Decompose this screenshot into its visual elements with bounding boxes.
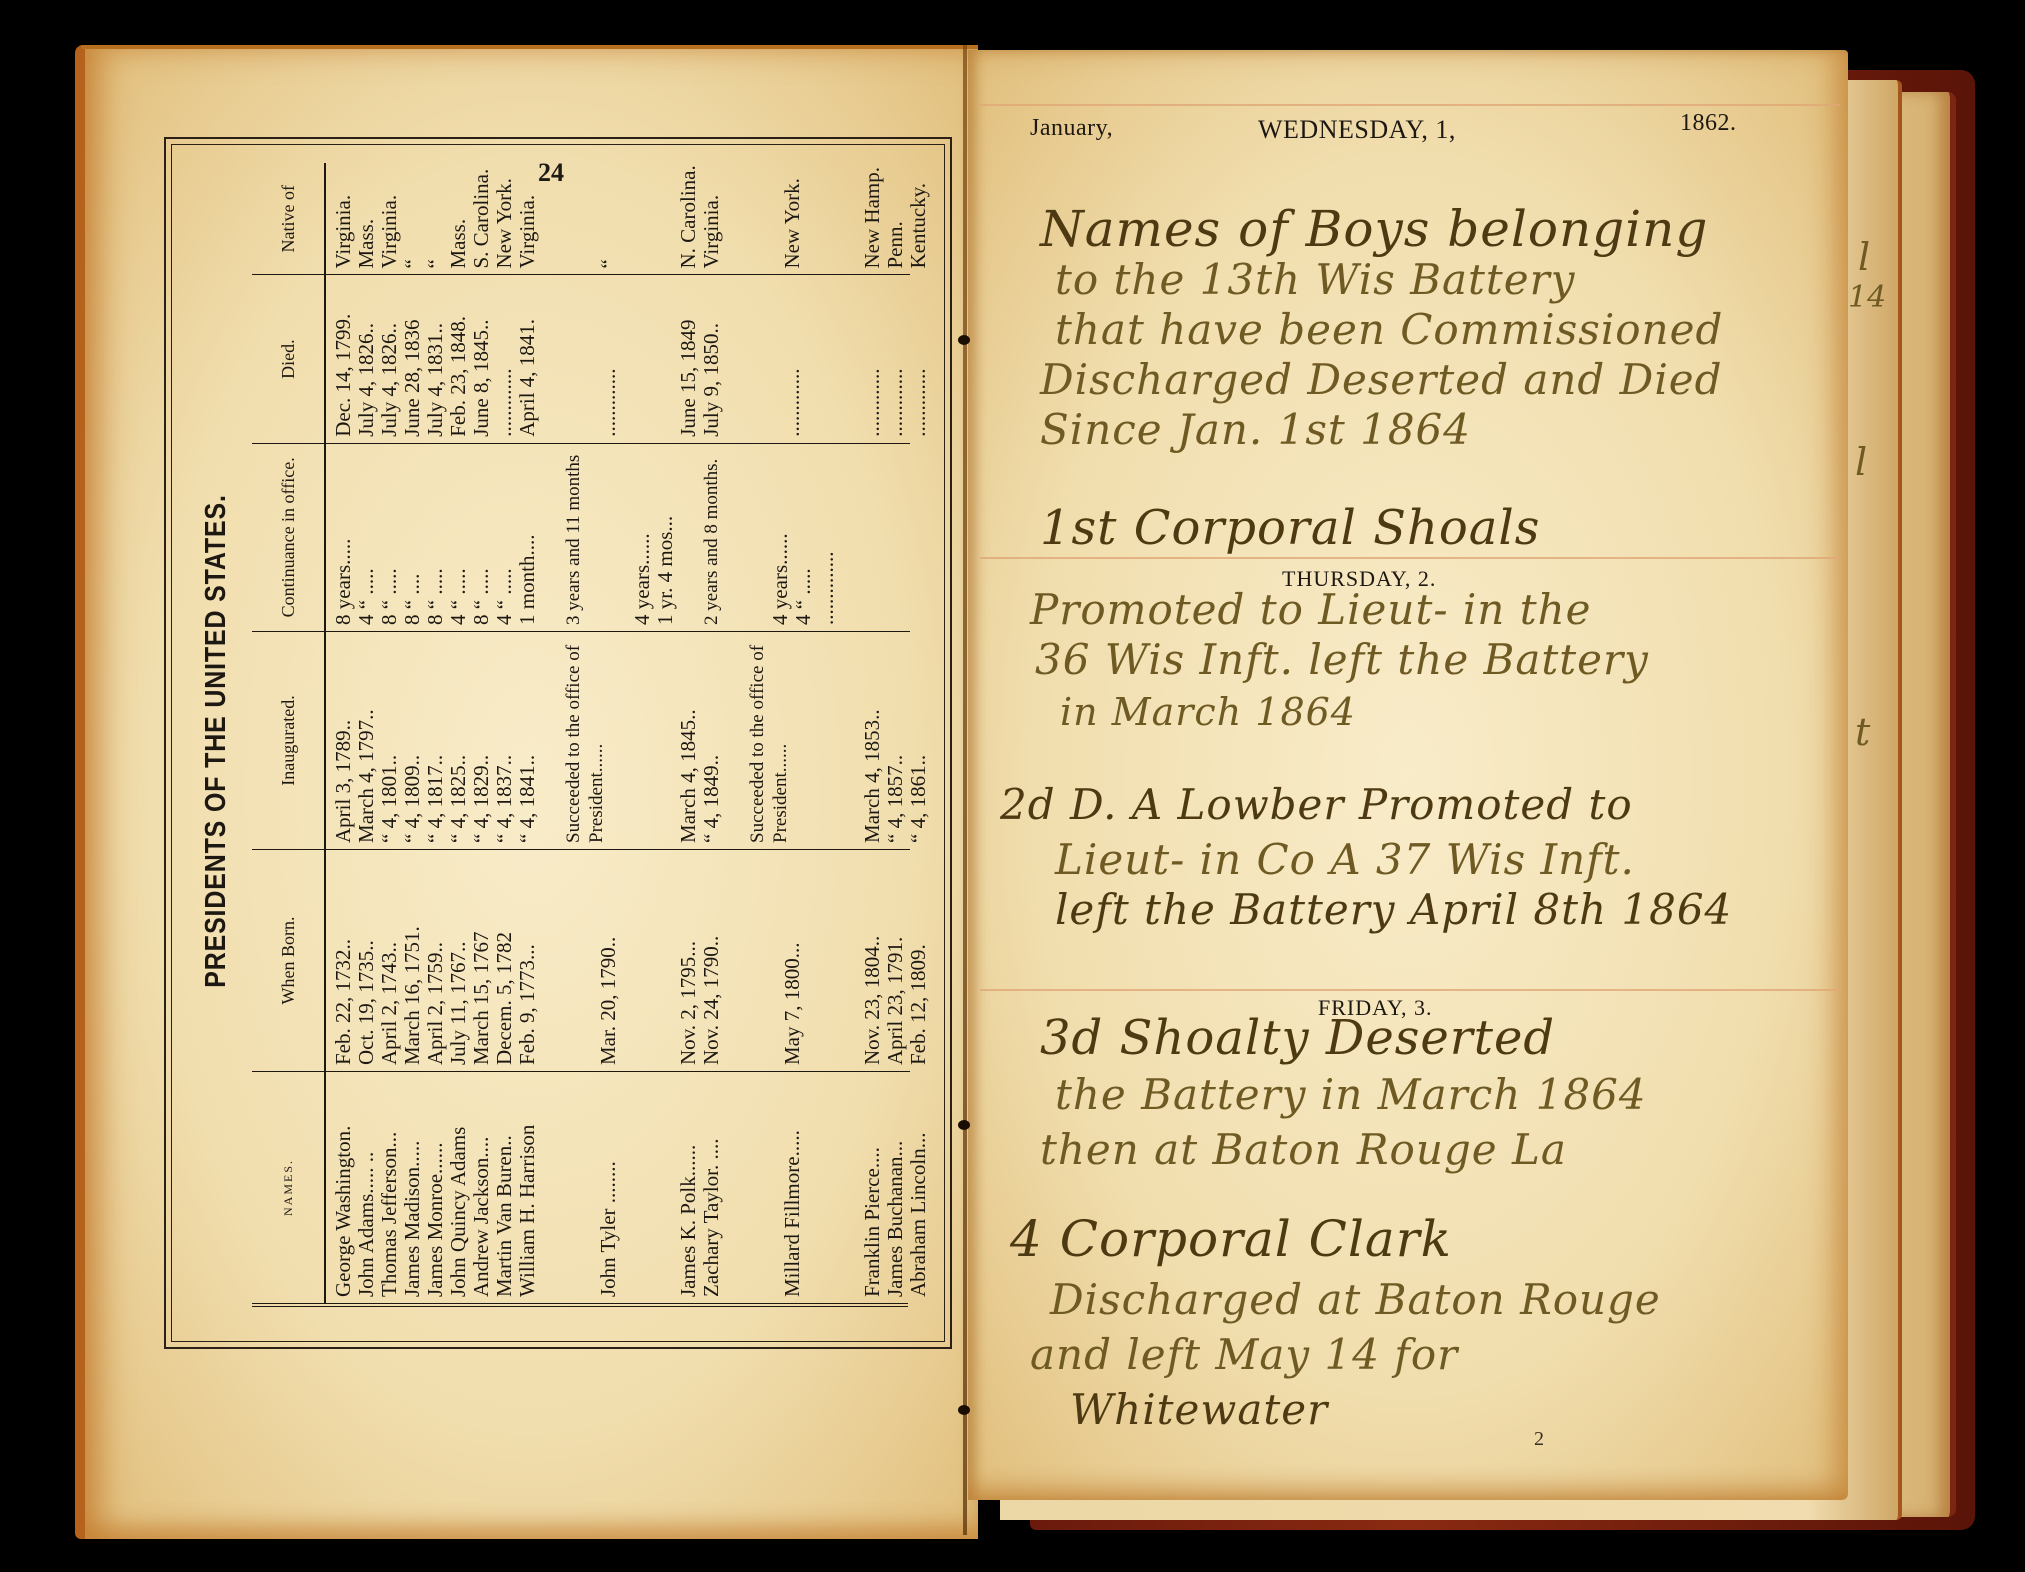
- handwritten-line: Lieut- in Co A 37 Wis Inft.: [1055, 835, 1635, 884]
- header-when-born: When Born.: [252, 849, 324, 1071]
- row-gap: [608, 444, 631, 631]
- handwritten-line: Discharged Deserted and Died: [1040, 355, 1723, 404]
- table-cell: Oct. 19, 1735..: [355, 850, 378, 1071]
- table-cell: John Adams..... ..: [355, 1072, 378, 1303]
- row-gap: [838, 632, 861, 849]
- table-cell: Feb. 22, 1732..: [332, 850, 355, 1071]
- header-native-of: Native of: [252, 163, 324, 275]
- header-year: 1862.: [1680, 110, 1737, 137]
- table-cell: New Hamp.: [861, 163, 884, 275]
- table-cell: William H. Harrison: [516, 1072, 539, 1303]
- top-rule: [980, 104, 1840, 106]
- table-cell: “ 4, 1817..: [424, 632, 447, 849]
- row-gap: [723, 276, 746, 443]
- table-cell: “ 4, 1841..: [516, 632, 539, 849]
- table-cell: Nov. 24, 1790..: [700, 850, 723, 1071]
- table-cell: “ 4, 1861..: [907, 632, 930, 849]
- row-gap: [654, 632, 677, 849]
- table-cell: 8 years.....: [332, 444, 355, 631]
- table-grid: NAMES. When Born. Inaugurated. Continuan…: [252, 163, 908, 1307]
- table-cell: Penn.: [884, 163, 907, 275]
- header-day: WEDNESDAY, 1,: [1258, 115, 1456, 145]
- table-cell: Succeeded to the office of President....…: [746, 632, 838, 849]
- table-cell: Feb. 9, 1773...: [516, 850, 539, 1071]
- handwritten-line: the Battery in March 1864: [1055, 1070, 1647, 1119]
- day-rule: [980, 557, 1840, 559]
- table-cell: 8 “ .....: [470, 444, 493, 631]
- table-cell: Virginia.: [378, 163, 401, 275]
- table-cell: Millard Fillmore.....: [746, 1072, 838, 1303]
- table-cell: 4 “ .....: [792, 444, 815, 631]
- table-cell: April 3, 1789..: [332, 632, 355, 849]
- table-cell: Kentucky.: [907, 163, 930, 275]
- table-cell: S. Carolina.: [470, 163, 493, 275]
- table-cell: New York.: [493, 163, 516, 275]
- day-rule: [980, 989, 1840, 991]
- table-cell: March 16, 1751.: [401, 850, 424, 1071]
- table-cell: 1 month....: [516, 444, 539, 631]
- row-gap: [539, 632, 562, 849]
- row-gap: [539, 276, 562, 443]
- table-cell: May 7, 1800...: [746, 850, 838, 1071]
- table-cell: April 23, 1791.: [884, 850, 907, 1071]
- table-cell: 4 “ .....: [355, 444, 378, 631]
- table-cell: “: [401, 163, 424, 275]
- table-cell: Dec. 14, 1799.: [332, 276, 355, 443]
- table-cell: “ 4, 1801..: [378, 632, 401, 849]
- row-gap: [723, 850, 746, 1071]
- row-gap: [838, 850, 861, 1071]
- table-cell: 8 “ .....: [378, 444, 401, 631]
- table-cell: March 4, 1797..: [355, 632, 378, 849]
- table-cell: .............: [884, 276, 907, 443]
- table-cell: “ 4, 1837..: [493, 632, 516, 849]
- handwritten-line: 3d Shoalty Deserted: [1040, 1010, 1555, 1066]
- row-gap: [677, 444, 700, 631]
- table-cell: James Monroe......: [424, 1072, 447, 1303]
- column-native-of: Virginia.Mass.Virginia.““Mass.S. Carolin…: [326, 163, 910, 275]
- table-cell: Virginia.: [516, 163, 539, 275]
- handwritten-line: left the Battery April 8th 1864: [1055, 885, 1732, 934]
- table-body: George Washington.John Adams..... ..Thom…: [326, 163, 910, 1303]
- row-gap: [723, 163, 746, 275]
- presidents-table: PRESIDENTS OF THE UNITED STATES. NAMES. …: [186, 161, 926, 1321]
- column-died: Dec. 14, 1799.July 4, 1826..July 4, 1826…: [326, 275, 910, 443]
- table-cell: Franklin Pierce....: [861, 1072, 884, 1303]
- table-cell: Mass.: [447, 163, 470, 275]
- header-names: NAMES.: [252, 1071, 324, 1303]
- table-cell: March 4, 1853..: [861, 632, 884, 849]
- row-gap: [746, 444, 769, 631]
- column-inaugurated: April 3, 1789..March 4, 1797..“ 4, 1801.…: [326, 631, 910, 849]
- table-cell: .............: [907, 276, 930, 443]
- handwritten-line: Promoted to Lieut- in the: [1030, 585, 1591, 634]
- table-cell: June 8, 1845..: [470, 276, 493, 443]
- table-cell: April 2, 1743..: [378, 850, 401, 1071]
- table-cell: “ 4, 1825..: [447, 632, 470, 849]
- row-gap: [539, 444, 562, 631]
- header-died: Died.: [252, 275, 324, 443]
- table-cell: 1 yr. 4 mos...: [654, 444, 677, 631]
- table-cell: Abraham Lincoln...: [907, 1072, 930, 1303]
- row-gap: [654, 163, 677, 275]
- table-cell: April 4, 1841.: [516, 276, 539, 443]
- binding-stitch-hole: [958, 1405, 970, 1415]
- margin-note: 14: [1848, 280, 1886, 315]
- table-cell: ..............: [815, 444, 838, 631]
- handwritten-line: Since Jan. 1st 1864: [1040, 405, 1471, 454]
- table-cell: .............: [861, 276, 884, 443]
- table-cell: .............: [562, 276, 654, 443]
- handwritten-line: 1st Corporal Shoals: [1040, 500, 1540, 556]
- handwritten-line: and left May 14 for: [1030, 1330, 1458, 1379]
- table-cell: July 11, 1767..: [447, 850, 470, 1071]
- page-number: 2: [1534, 1428, 1544, 1451]
- handwritten-line: then at Baton Rouge La: [1040, 1125, 1567, 1174]
- table-cell: “ 4, 1829..: [470, 632, 493, 849]
- margin-note: t: [1855, 710, 1870, 754]
- table-cell: 8 “ ....: [401, 444, 424, 631]
- row-gap: [838, 276, 861, 443]
- table-cell: 4 years......: [769, 444, 792, 631]
- book-gutter: [963, 45, 967, 1535]
- table-cell: Andrew Jackson....: [470, 1072, 493, 1303]
- table-cell: Zachary Taylor. ....: [700, 1072, 723, 1303]
- column-continuance: 8 years.....4 “ .....8 “ .....8 “ ....8 …: [326, 443, 910, 631]
- table-cell: “ 4, 1857..: [884, 632, 907, 849]
- table-cell: .............: [493, 276, 516, 443]
- table-cell: July 4, 1826..: [355, 276, 378, 443]
- margin-note: l: [1858, 235, 1870, 279]
- row-gap: [539, 1072, 562, 1303]
- handwritten-line: to the 13th Wis Battery: [1055, 255, 1575, 304]
- table-cell: George Washington.: [332, 1072, 355, 1303]
- table-cell: “: [424, 163, 447, 275]
- header-month: January,: [1030, 115, 1113, 142]
- table-cell: Feb. 23, 1848.: [447, 276, 470, 443]
- table-cell: 4 “ .....: [493, 444, 516, 631]
- table-cell: Virginia.: [332, 163, 355, 275]
- table-title: PRESIDENTS OF THE UNITED STATES.: [200, 242, 250, 1240]
- handwritten-line: 4 Corporal Clark: [1010, 1210, 1452, 1268]
- column-names: George Washington.John Adams..... ..Thom…: [326, 1071, 910, 1303]
- handwritten-line: Discharged at Baton Rouge: [1050, 1275, 1661, 1324]
- table-cell: “ 4, 1849..: [700, 632, 723, 849]
- table-cell: Mar. 20, 1790..: [562, 850, 654, 1071]
- table-cell: N. Carolina.: [677, 163, 700, 275]
- row-gap: [654, 850, 677, 1071]
- table-cell: James K. Polk......: [677, 1072, 700, 1303]
- header-inaugurated: Inaugurated.: [252, 631, 324, 849]
- table-cell: June 28, 1836: [401, 276, 424, 443]
- table-cell: John Quincy Adams: [447, 1072, 470, 1303]
- table-cell: Nov. 2, 1795...: [677, 850, 700, 1071]
- table-cell: June 15, 1849: [677, 276, 700, 443]
- table-cell: Nov. 23, 1804..: [861, 850, 884, 1071]
- row-gap: [654, 276, 677, 443]
- handwritten-line: in March 1864: [1060, 690, 1356, 734]
- table-cell: 4 years......: [631, 444, 654, 631]
- table-cell: “ 4, 1809..: [401, 632, 424, 849]
- table-cell: “: [562, 163, 654, 275]
- table-cell: Thomas Jefferson...: [378, 1072, 401, 1303]
- column-when-born: Feb. 22, 1732..Oct. 19, 1735..April 2, 1…: [326, 849, 910, 1071]
- table-cell: Mass.: [355, 163, 378, 275]
- table-cell: New York.: [746, 163, 838, 275]
- table-cell: July 4, 1826..: [378, 276, 401, 443]
- table-cell: John Tyler ........: [562, 1072, 654, 1303]
- table-cell: 3 years and 11 months: [562, 444, 608, 631]
- table-cell: 8 “ .....: [424, 444, 447, 631]
- table-cell: 2 years and 8 months.: [700, 444, 746, 631]
- table-cell: Virginia.: [700, 163, 723, 275]
- table-cell: Martin Van Buren..: [493, 1072, 516, 1303]
- handwritten-line: Whitewater: [1070, 1385, 1328, 1434]
- handwritten-line: that have been Commissioned: [1055, 305, 1723, 354]
- table-cell: James Madison.....: [401, 1072, 424, 1303]
- table-cell: Succeeded to the office of President....…: [562, 632, 654, 849]
- row-gap: [723, 1072, 746, 1303]
- binding-stitch-hole: [958, 335, 970, 345]
- row-gap: [539, 163, 562, 275]
- table-cell: July 4, 1831..: [424, 276, 447, 443]
- row-gap: [838, 163, 861, 275]
- binding-stitch-hole: [958, 1120, 970, 1130]
- table-header-row: NAMES. When Born. Inaugurated. Continuan…: [252, 163, 326, 1303]
- table-cell: Decem. 5, 1782: [493, 850, 516, 1071]
- handwritten-line: 36 Wis Inft. left the Battery: [1035, 635, 1649, 684]
- row-gap: [539, 850, 562, 1071]
- margin-note: l: [1855, 440, 1867, 484]
- header-continuance: Continuance in office.: [252, 443, 324, 631]
- table-cell: March 15, 1767: [470, 850, 493, 1071]
- handwritten-line: 2d D. A Lowber Promoted to: [1000, 780, 1633, 829]
- table-cell: James Buchanan...: [884, 1072, 907, 1303]
- row-gap: [838, 1072, 861, 1303]
- row-gap: [654, 1072, 677, 1303]
- table-cell: July 9, 1850..: [700, 276, 723, 443]
- table-cell: March 4, 1845..: [677, 632, 700, 849]
- table-cell: April 2, 1759..: [424, 850, 447, 1071]
- handwritten-line: Names of Boys belonging: [1040, 200, 1708, 258]
- table-cell: .............: [746, 276, 838, 443]
- table-cell: 4 “ .....: [447, 444, 470, 631]
- row-gap: [723, 632, 746, 849]
- table-cell: Feb. 12, 1809.: [907, 850, 930, 1071]
